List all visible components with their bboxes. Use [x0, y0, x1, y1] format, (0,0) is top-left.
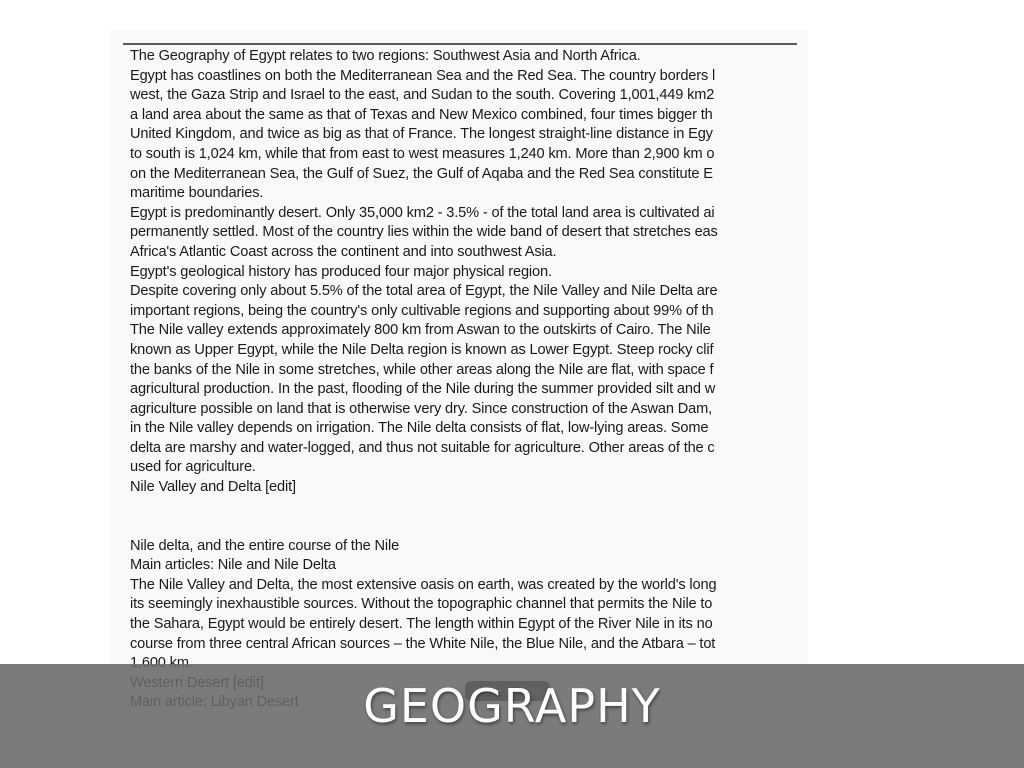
doc-line: Despite covering only about 5.5% of the …	[130, 282, 808, 302]
doc-line: The Geography of Egypt relates to two re…	[130, 47, 808, 67]
doc-line: delta are marshy and water-logged, and t…	[130, 439, 808, 459]
doc-line: in the Nile valley depends on irrigation…	[130, 419, 808, 439]
doc-line: to south is 1,024 km, while that from ea…	[130, 145, 808, 165]
doc-line: maritime boundaries.	[130, 184, 808, 204]
doc-line: west, the Gaza Strip and Israel to the e…	[130, 86, 808, 106]
section-heading-nile-valley: Nile Valley and Delta [edit]	[130, 478, 808, 498]
slide: The Geography of Egypt relates to two re…	[0, 0, 1024, 768]
document-body: The Geography of Egypt relates to two re…	[130, 47, 808, 713]
doc-line: on the Mediterranean Sea, the Gulf of Su…	[130, 165, 808, 185]
doc-line: the Sahara, Egypt would be entirely dese…	[130, 615, 808, 635]
doc-line: United Kingdom, and twice as big as that…	[130, 125, 808, 145]
doc-line: course from three central African source…	[130, 635, 808, 655]
doc-line: The Nile valley extends approximately 80…	[130, 321, 808, 341]
doc-line: used for agriculture.	[130, 458, 808, 478]
document-screenshot: The Geography of Egypt relates to two re…	[110, 30, 808, 768]
doc-line: agriculture possible on land that is oth…	[130, 400, 808, 420]
doc-line: its seemingly inexhaustible sources. Wit…	[130, 595, 808, 615]
doc-line: Egypt has coastlines on both the Mediter…	[130, 67, 808, 87]
doc-line: the banks of the Nile in some stretches,…	[130, 361, 808, 381]
doc-line: Egypt is predominantly desert. Only 35,0…	[130, 204, 808, 224]
image-caption: Nile delta, and the entire course of the…	[130, 537, 808, 557]
doc-line: Egypt's geological history has produced …	[130, 263, 808, 283]
document-top-rule	[123, 43, 797, 45]
doc-line: agricultural production. In the past, fl…	[130, 380, 808, 400]
slide-title: GEOGRAPHY	[0, 679, 1024, 733]
doc-line: known as Upper Egypt, while the Nile Del…	[130, 341, 808, 361]
doc-line: a land area about the same as that of Te…	[130, 106, 808, 126]
doc-line: Africa's Atlantic Coast across the conti…	[130, 243, 808, 263]
image-placeholder-gap	[130, 498, 808, 537]
doc-line: important regions, being the country's o…	[130, 302, 808, 322]
doc-line: permanently settled. Most of the country…	[130, 223, 808, 243]
doc-line: The Nile Valley and Delta, the most exte…	[130, 576, 808, 596]
main-articles-note: Main articles: Nile and Nile Delta	[130, 556, 808, 576]
